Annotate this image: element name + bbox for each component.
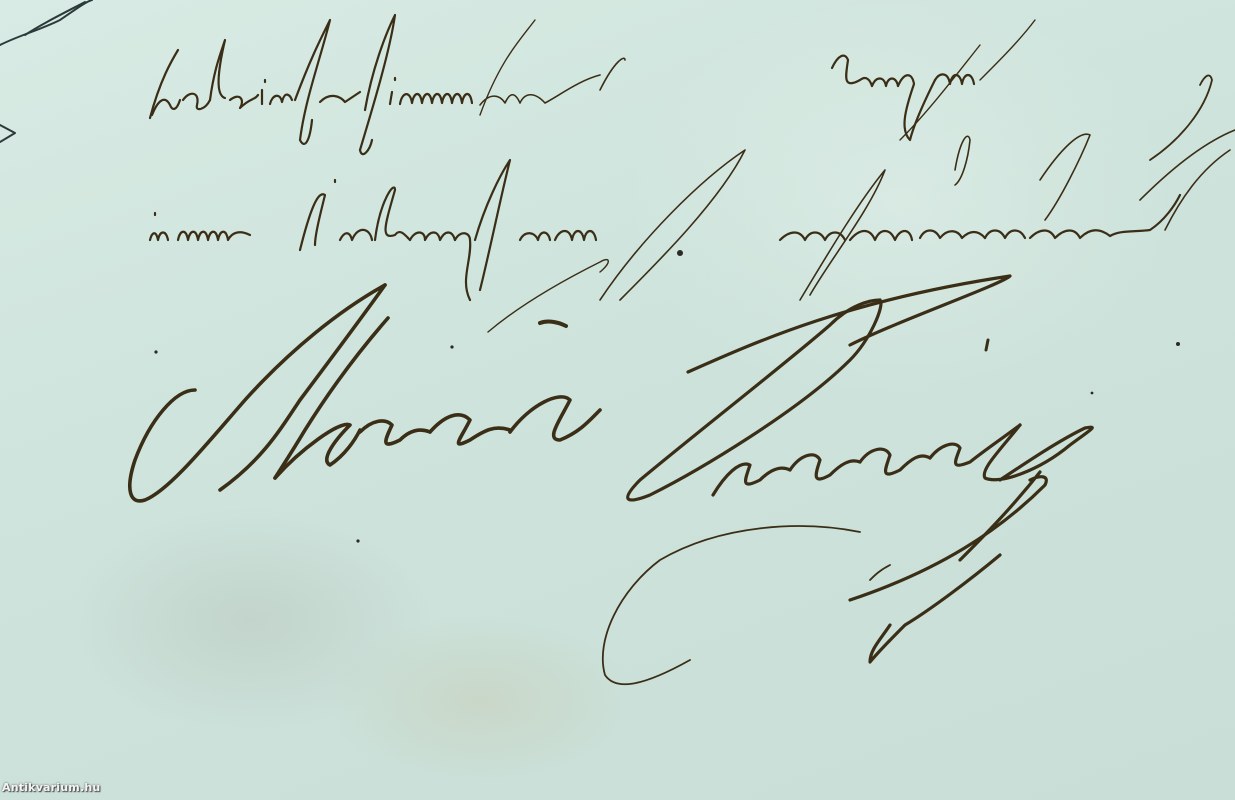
ink-specks [154,250,1180,543]
handwriting-line-2 [150,130,1235,300]
handwriting-ink [0,0,1235,800]
signature-underline-loop [603,526,890,684]
signature-first-name [130,285,600,501]
signature-last-name [628,276,1093,662]
ornament-icon [0,0,92,142]
handwriting-line-1 [150,15,1212,160]
watermark: Antikvarium.hu [2,781,100,794]
